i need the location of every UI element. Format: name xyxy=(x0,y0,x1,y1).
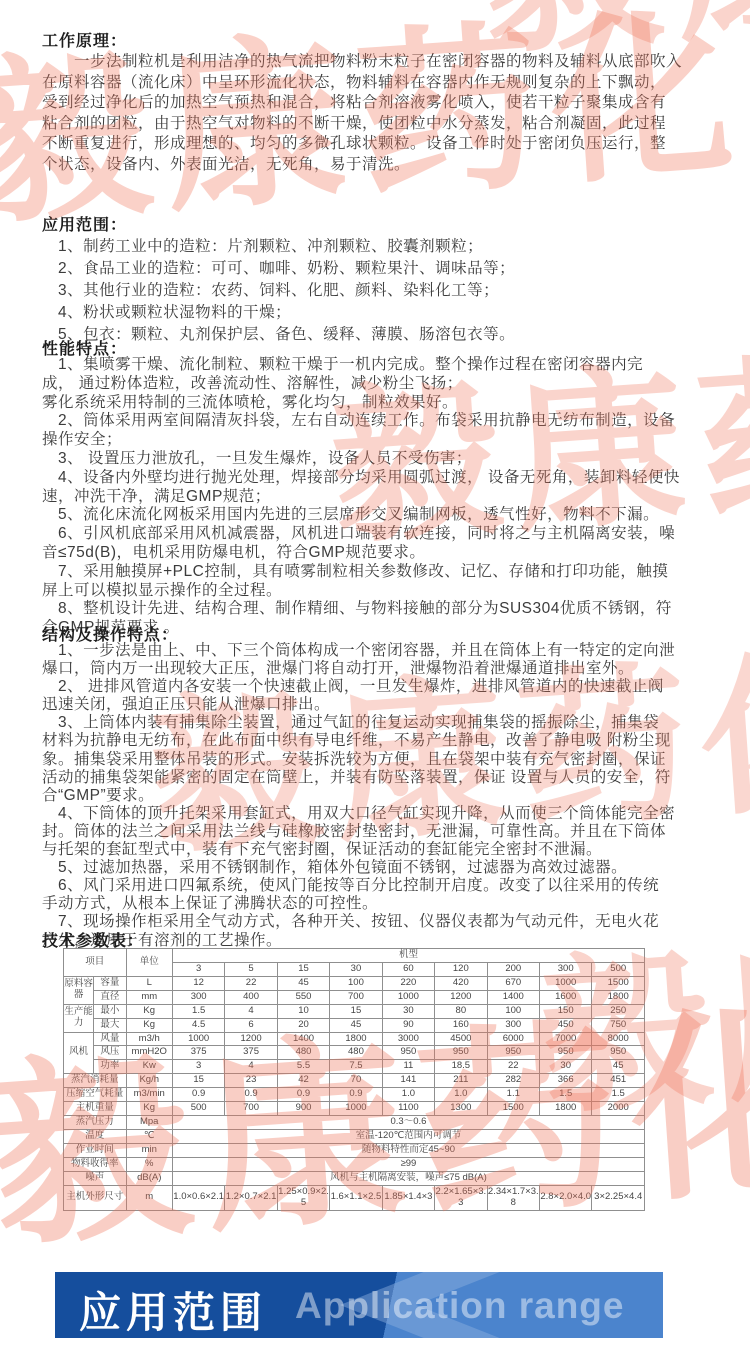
performance-list: 1、集喷雾干燥、流化制粒、颗粒干燥于一机内完成。整个操作过程在密闭容器内完成， … xyxy=(42,356,680,638)
table-value-cell: 4.5 xyxy=(172,1018,224,1032)
text-line: 与托架的套缸型式中，装有下充气密封圈，保证活动的套缸能完全密封不泄漏。 xyxy=(42,841,675,859)
table-value-cell: 4 xyxy=(225,1004,277,1018)
table-value-cell: 功率 xyxy=(94,1060,126,1074)
table-value-cell: 风量 xyxy=(94,1032,126,1046)
table-value-cell: 蒸汽压力 xyxy=(64,1116,127,1130)
table-value-cell: 11 xyxy=(382,1060,434,1074)
text-line: 迅速关闭，强迫正压只能从泄爆口排出。 xyxy=(42,696,675,714)
table-value-cell: Mpa xyxy=(126,1116,172,1130)
table-value-cell: 550 xyxy=(277,990,329,1004)
table-value-cell: 1600 xyxy=(539,990,591,1004)
table-value-cell: 375 xyxy=(172,1046,224,1060)
table-value-cell: Kg xyxy=(126,1102,172,1116)
table-value-cell: 1.0 xyxy=(435,1088,487,1102)
table-value-cell: 1.5 xyxy=(539,1088,591,1102)
text-line: 2、筒体采用两室间隔清灰抖袋，左右自动连续工作。布袋采用抗静电无纺布制造，设备 xyxy=(42,412,680,431)
table-value-cell: 最大 xyxy=(94,1018,126,1032)
table-value-cell: 950 xyxy=(539,1046,591,1060)
table-header-cell: 120 xyxy=(435,962,487,976)
tech-params-table: 项目单位机型35153060120200300500原料容器容量L1222451… xyxy=(63,948,645,1211)
table-value-cell: 22 xyxy=(487,1060,539,1074)
table-row: 生产能力最小Kg1.5410153080100150250 xyxy=(64,1004,645,1018)
text-line: 8、整机设计先进、结构合理、制作精细、与物料接触的部分为SUS304优质不锈钢，… xyxy=(42,600,680,619)
table-value-cell: m xyxy=(126,1185,172,1210)
text-line: 2、食品工业的造粒：可可、咖啡、奶粉、颗粒果汁、调味品等； xyxy=(42,258,515,280)
text-line: 音≤75d(B)，电机采用防爆电机，符合GMP规范要求。 xyxy=(42,544,680,563)
table-value-cell: 366 xyxy=(539,1074,591,1088)
table-row: 功率Kw345.57.51118.5223045 xyxy=(64,1060,645,1074)
text-line: 合“GMP”要求。 xyxy=(42,787,675,805)
table-value-cell: 1000 xyxy=(382,990,434,1004)
table-value-cell: 主机外形尺寸 xyxy=(64,1185,127,1210)
table-value-cell: 最小 xyxy=(94,1004,126,1018)
text-line: 2、 进排风管道内各安装一个快速截止阀，一旦发生爆炸，进排风管道内的快速截止阀 xyxy=(42,678,675,696)
table-value-cell: 1.5 xyxy=(592,1088,645,1102)
table-value-cell: 22 xyxy=(225,976,277,990)
tech-params-table-wrapper: 项目单位机型35153060120200300500原料容器容量L1222451… xyxy=(63,948,645,1211)
table-value-cell: 300 xyxy=(172,990,224,1004)
table-value-cell: 1.1 xyxy=(487,1088,539,1102)
table-value-cell: 2.34×1.7×3.8 xyxy=(487,1185,539,1210)
table-value-cell: 23 xyxy=(225,1074,277,1088)
text-line: 雾化系统采用特制的三流体喷枪，雾化均匀，制粒效果好。 xyxy=(42,394,680,413)
table-value-cell: 7000 xyxy=(539,1032,591,1046)
table-value-cell: 950 xyxy=(592,1046,645,1060)
table-value-cell: 容量 xyxy=(94,976,126,990)
text-line: 象。捕集袋采用整体吊装的形式。安装拆洗较为方便，且在袋架中装有充气密封圈，保证 xyxy=(42,751,675,769)
text-line: 在原料容器（流化床）中呈环形流化状态，物料辅料在容器内作无规则复杂的上下飘动， xyxy=(42,73,682,94)
table-value-cell: m3/h xyxy=(126,1032,172,1046)
text-line: 操作安全； xyxy=(42,431,680,450)
table-value-cell: 500 xyxy=(172,1102,224,1116)
table-value-cell: 15 xyxy=(172,1074,224,1088)
table-value-cell: 220 xyxy=(382,976,434,990)
table-header-cell: 60 xyxy=(382,962,434,976)
table-value-cell: 2.8×2.0×4.0 xyxy=(539,1185,591,1210)
text-line: 1、一步法是由上、中、下三个筒体构成一个密闭容器，并且在筒体上有一特定的定向泄 xyxy=(42,642,675,660)
table-header-cell: 单位 xyxy=(126,949,172,977)
table-value-cell: 风压 xyxy=(94,1046,126,1060)
table-value-cell: 2.2×1.65×3.3 xyxy=(435,1185,487,1210)
table-value-cell: 1100 xyxy=(382,1102,434,1116)
table-value-cell: 45 xyxy=(592,1060,645,1074)
table-row: 物料收得率%≥99 xyxy=(64,1157,645,1171)
table-header-cell: 15 xyxy=(277,962,329,976)
table-value-cell: 0.9 xyxy=(225,1088,277,1102)
table-value-cell: 20 xyxy=(277,1018,329,1032)
text-line: 3、 设置压力泄放孔，一旦发生爆炸，设备人员不受伤害； xyxy=(42,450,680,469)
table-value-cell: 1000 xyxy=(539,976,591,990)
table-row: 风压mmH2O375375480480950950950950950 xyxy=(64,1046,645,1060)
text-line: 5、流化床流化网板采用国内先进的三层席形交叉编制网板，透气性好，物料不下漏。 xyxy=(42,506,680,525)
table-row: 温度℃室温-120℃范围内可调节 xyxy=(64,1129,645,1143)
text-line: 粘合剂的团粒，由于热空气对物料的不断干燥，使团粒中水分蒸发，粘合剂凝固，此过程 xyxy=(42,114,682,135)
table-value-cell: 100 xyxy=(487,1004,539,1018)
application-range-list: 1、制药工业中的造粒：片剂颗粒、冲剂颗粒、胶囊剂颗粒； 2、食品工业的造粒：可可… xyxy=(42,236,515,346)
table-value-cell: 670 xyxy=(487,976,539,990)
text-line: 受到经过净化后的加热空气预热和混合，将粘合剂溶液雾化喷入，使若干粒子聚集成含有 xyxy=(42,93,682,114)
table-value-cell: Kg/h xyxy=(126,1074,172,1088)
table-value-cell: 风机与主机隔离安装，噪声≤75 dB(A) xyxy=(172,1171,644,1185)
table-value-cell: 950 xyxy=(382,1046,434,1060)
text-line: 成， 通过粉体造粒，改善流动性、溶解性，减少粉尘飞扬； xyxy=(42,375,680,394)
table-value-cell: 0.3～0.6 xyxy=(172,1116,644,1130)
text-line: 个状态，设备内、外表面光洁，无死角，易于清洗。 xyxy=(42,155,682,176)
text-line: 一步法制粒机是利用洁净的热气流把物料粉末粒子在密闭容器的物料及辅料从底部吹入 xyxy=(42,52,682,73)
text-line: 4、粉状或颗粒状湿物料的干燥； xyxy=(42,302,515,324)
table-value-cell: 30 xyxy=(539,1060,591,1074)
table-value-cell: 蒸汽消耗量 xyxy=(64,1074,127,1088)
table-row: 主机外形尺寸m1.0×0.6×2.11.2×0.7×2.11.25×0.9×2.… xyxy=(64,1185,645,1210)
table-value-cell: 1800 xyxy=(330,1032,382,1046)
table-row: 主机重量Kg500700900100011001300150018002000 xyxy=(64,1102,645,1116)
table-value-cell: 950 xyxy=(487,1046,539,1060)
table-value-cell: 12 xyxy=(172,976,224,990)
table-value-cell: 45 xyxy=(330,1018,382,1032)
table-value-cell: 随物料特性而定45~90 xyxy=(172,1143,644,1157)
text-line: 6、引风机底部采用风机减震器，风机进口端装有软连接，同时将之与主机隔离安装，噪 xyxy=(42,525,680,544)
table-value-cell: 700 xyxy=(225,1102,277,1116)
table-value-cell: 7.5 xyxy=(330,1060,382,1074)
table-value-cell: 1200 xyxy=(225,1032,277,1046)
table-value-cell: 250 xyxy=(592,1004,645,1018)
text-line: 4、设备内外壁均进行抛光处理，焊接部分均采用圆弧过渡， 设备无死角，装卸料轻便快 xyxy=(42,469,680,488)
table-value-cell: min xyxy=(126,1143,172,1157)
table-value-cell: 141 xyxy=(382,1074,434,1088)
table-value-cell: ≥99 xyxy=(172,1157,644,1171)
banner-title-english: Application range xyxy=(295,1285,624,1327)
table-row: 作业时间min随物料特性而定45~90 xyxy=(64,1143,645,1157)
table-value-cell: 950 xyxy=(435,1046,487,1060)
table-header-cell: 5 xyxy=(225,962,277,976)
table-value-cell: 噪声 xyxy=(64,1171,127,1185)
table-header-cell: 300 xyxy=(539,962,591,976)
table-value-cell: 作业时间 xyxy=(64,1143,127,1157)
table-value-cell: Kw xyxy=(126,1060,172,1074)
document-page: 毅康药化毅康药化毅康药化毅康药化毅康药化毅康药化 工作原理： 一步法制粒机是利用… xyxy=(0,0,750,1350)
table-value-cell: mmH2O xyxy=(126,1046,172,1060)
table-value-cell: 90 xyxy=(382,1018,434,1032)
table-value-cell: 420 xyxy=(435,976,487,990)
table-value-cell: 160 xyxy=(435,1018,487,1032)
table-value-cell: 0.9 xyxy=(172,1088,224,1102)
table-value-cell: 80 xyxy=(435,1004,487,1018)
table-row: 蒸汽压力Mpa0.3～0.6 xyxy=(64,1116,645,1130)
table-value-cell: 282 xyxy=(487,1074,539,1088)
table-value-cell: 1.5 xyxy=(172,1004,224,1018)
table-value-cell: 451 xyxy=(592,1074,645,1088)
table-value-cell: 原料容器 xyxy=(64,976,94,1004)
text-line: 5、过滤加热器，采用不锈钢制作，箱体外包镜面不锈钢，过滤器为高效过滤器。 xyxy=(42,859,675,877)
table-value-cell: 0.9 xyxy=(330,1088,382,1102)
table-value-cell: 0.9 xyxy=(277,1088,329,1102)
table-value-cell: % xyxy=(126,1157,172,1171)
table-value-cell: 室温-120℃范围内可调节 xyxy=(172,1129,644,1143)
text-line: 3、上筒体内装有捕集除尘装置，通过气缸的往复运动实现捕集袋的摇振除尘，捕集袋 xyxy=(42,714,675,732)
working-principle-text: 一步法制粒机是利用洁净的热气流把物料粉末粒子在密闭容器的物料及辅料从底部吹入在原… xyxy=(42,52,682,175)
table-header-cell: 项目 xyxy=(64,949,127,977)
table-value-cell: Kg xyxy=(126,1018,172,1032)
text-line: 活动的捕集袋架能紧密的固定在筒壁上，并装有防坠落装置，保证 设置与人员的安全，符 xyxy=(42,769,675,787)
table-row: 原料容器容量L12224510022042067010001500 xyxy=(64,976,645,990)
text-line: 1、制药工业中的造粒：片剂颗粒、冲剂颗粒、胶囊剂颗粒； xyxy=(42,236,515,258)
section-title-working-principle: 工作原理： xyxy=(42,28,127,51)
table-value-cell: 480 xyxy=(277,1046,329,1060)
table-value-cell: 3×2.25×4.4 xyxy=(592,1185,645,1210)
table-value-cell: dB(A) xyxy=(126,1171,172,1185)
table-value-cell: 生产能力 xyxy=(64,1004,94,1032)
application-range-banner: 应用范围 Application range xyxy=(55,1272,663,1338)
table-value-cell: 6000 xyxy=(487,1032,539,1046)
table-row: 最大Kg4.56204590160300450750 xyxy=(64,1018,645,1032)
table-row: 直径mm30040055070010001200140016001800 xyxy=(64,990,645,1004)
table-value-cell: 1500 xyxy=(592,976,645,990)
table-value-cell: 211 xyxy=(435,1074,487,1088)
text-line: 封。筒体的法兰之间采用法兰线与硅橡胶密封垫密封，无泄漏，可靠性高。并且在下筒体 xyxy=(42,823,675,841)
table-header-cell: 500 xyxy=(592,962,645,976)
table-value-cell: 3000 xyxy=(382,1032,434,1046)
table-value-cell: 45 xyxy=(277,976,329,990)
table-value-cell: 1400 xyxy=(487,990,539,1004)
table-value-cell: 18.5 xyxy=(435,1060,487,1074)
table-value-cell: 物料收得率 xyxy=(64,1157,127,1171)
table-value-cell: 100 xyxy=(330,976,382,990)
table-value-cell: 4500 xyxy=(435,1032,487,1046)
table-value-cell: 1.6×1.1×2.5 xyxy=(330,1185,382,1210)
table-value-cell: 400 xyxy=(225,990,277,1004)
table-value-cell: 1.0 xyxy=(382,1088,434,1102)
banner-title-chinese: 应用范围 xyxy=(79,1280,267,1338)
table-row: 压缩空气耗量m3/min0.90.90.90.91.01.01.11.51.5 xyxy=(64,1088,645,1102)
table-value-cell: 30 xyxy=(382,1004,434,1018)
table-row: 风机风量m3/h10001200140018003000450060007000… xyxy=(64,1032,645,1046)
table-header-cell: 3 xyxy=(172,962,224,976)
table-header-cell: 200 xyxy=(487,962,539,976)
table-value-cell: 直径 xyxy=(94,990,126,1004)
table-value-cell: 1800 xyxy=(539,1102,591,1116)
text-line: 1、集喷雾干燥、流化制粒、颗粒干燥于一机内完成。整个操作过程在密闭容器内完 xyxy=(42,356,680,375)
text-line: 6、风门采用进口四氟系统，使风门能按等百分比控制开启度。改变了以往采用的传统 xyxy=(42,877,675,895)
text-line: 不断重复进行，形成理想的、均匀的多微孔球状颗粒。设备工作时处于密闭负压运行，整 xyxy=(42,134,682,155)
text-line: 4、下筒体的顶升托架采用套缸式，用双大口径气缸实现升降，从而使三个筒体能完全密 xyxy=(42,805,675,823)
table-value-cell: 300 xyxy=(487,1018,539,1032)
table-value-cell: 900 xyxy=(277,1102,329,1116)
table-value-cell: 1000 xyxy=(330,1102,382,1116)
text-line: 屏上可以模拟显示操作的全过程。 xyxy=(42,582,680,601)
table-value-cell: 1500 xyxy=(487,1102,539,1116)
section-title-application-range: 应用范围： xyxy=(42,212,127,235)
table-value-cell: ℃ xyxy=(126,1129,172,1143)
table-value-cell: 70 xyxy=(330,1074,382,1088)
table-value-cell: Kg xyxy=(126,1004,172,1018)
table-value-cell: m3/min xyxy=(126,1088,172,1102)
table-value-cell: 1.85×1.4×3 xyxy=(382,1185,434,1210)
table-value-cell: 1200 xyxy=(435,990,487,1004)
table-value-cell: 风机 xyxy=(64,1032,94,1074)
table-value-cell: 温度 xyxy=(64,1129,127,1143)
table-header-cell: 机型 xyxy=(172,949,644,963)
structure-operation-list: 1、一步法是由上、中、下三个筒体构成一个密闭容器，并且在筒体上有一特定的定向泄爆… xyxy=(42,642,675,950)
text-line: 7、采用触摸屏+PLC控制，具有喷雾制粒相关参数修改、记忆、存储和打印功能，触摸 xyxy=(42,563,680,582)
table-value-cell: 42 xyxy=(277,1074,329,1088)
table-value-cell: 1.0×0.6×2.1 xyxy=(172,1185,224,1210)
table-value-cell: 1300 xyxy=(435,1102,487,1116)
table-row: 噪声dB(A)风机与主机隔离安装，噪声≤75 dB(A) xyxy=(64,1171,645,1185)
table-value-cell: 5.5 xyxy=(277,1060,329,1074)
table-value-cell: 10 xyxy=(277,1004,329,1018)
table-value-cell: 700 xyxy=(330,990,382,1004)
table-value-cell: 750 xyxy=(592,1018,645,1032)
table-value-cell: 15 xyxy=(330,1004,382,1018)
table-value-cell: 1000 xyxy=(172,1032,224,1046)
table-value-cell: 2000 xyxy=(592,1102,645,1116)
table-value-cell: 1.25×0.9×2.5 xyxy=(277,1185,329,1210)
table-value-cell: 480 xyxy=(330,1046,382,1060)
table-value-cell: 450 xyxy=(539,1018,591,1032)
table-row: 蒸汽消耗量Kg/h15234270141211282366451 xyxy=(64,1074,645,1088)
table-value-cell: 375 xyxy=(225,1046,277,1060)
table-value-cell: 6 xyxy=(225,1018,277,1032)
text-line: 速，冲洗干净，满足GMP规范； xyxy=(42,488,680,507)
table-row: 项目单位机型 xyxy=(64,949,645,963)
table-value-cell: 1400 xyxy=(277,1032,329,1046)
table-value-cell: 主机重量 xyxy=(64,1102,127,1116)
table-value-cell: 压缩空气耗量 xyxy=(64,1088,127,1102)
table-value-cell: L xyxy=(126,976,172,990)
text-line: 手动方式，从根本上保证了沸腾状态的可控性。 xyxy=(42,895,675,913)
table-value-cell: 150 xyxy=(539,1004,591,1018)
table-value-cell: 8000 xyxy=(592,1032,645,1046)
text-line: 爆口，筒内万一出现较大正压，泄爆门将自动打开，泄爆物沿着泄爆通道排出室外。 xyxy=(42,660,675,678)
table-value-cell: 1800 xyxy=(592,990,645,1004)
table-value-cell: 3 xyxy=(172,1060,224,1074)
table-value-cell: 4 xyxy=(225,1060,277,1074)
table-value-cell: 1.2×0.7×2.1 xyxy=(225,1185,277,1210)
table-header-cell: 30 xyxy=(330,962,382,976)
table-value-cell: mm xyxy=(126,990,172,1004)
text-line: 材料为抗静电无纺布，在此布面中织有导电纤维，不易产生静电，改善了静电吸 附粉尘现 xyxy=(42,732,675,750)
text-line: 3、其他行业的造粒：农药、饲料、化肥、颜料、染料化工等； xyxy=(42,280,515,302)
